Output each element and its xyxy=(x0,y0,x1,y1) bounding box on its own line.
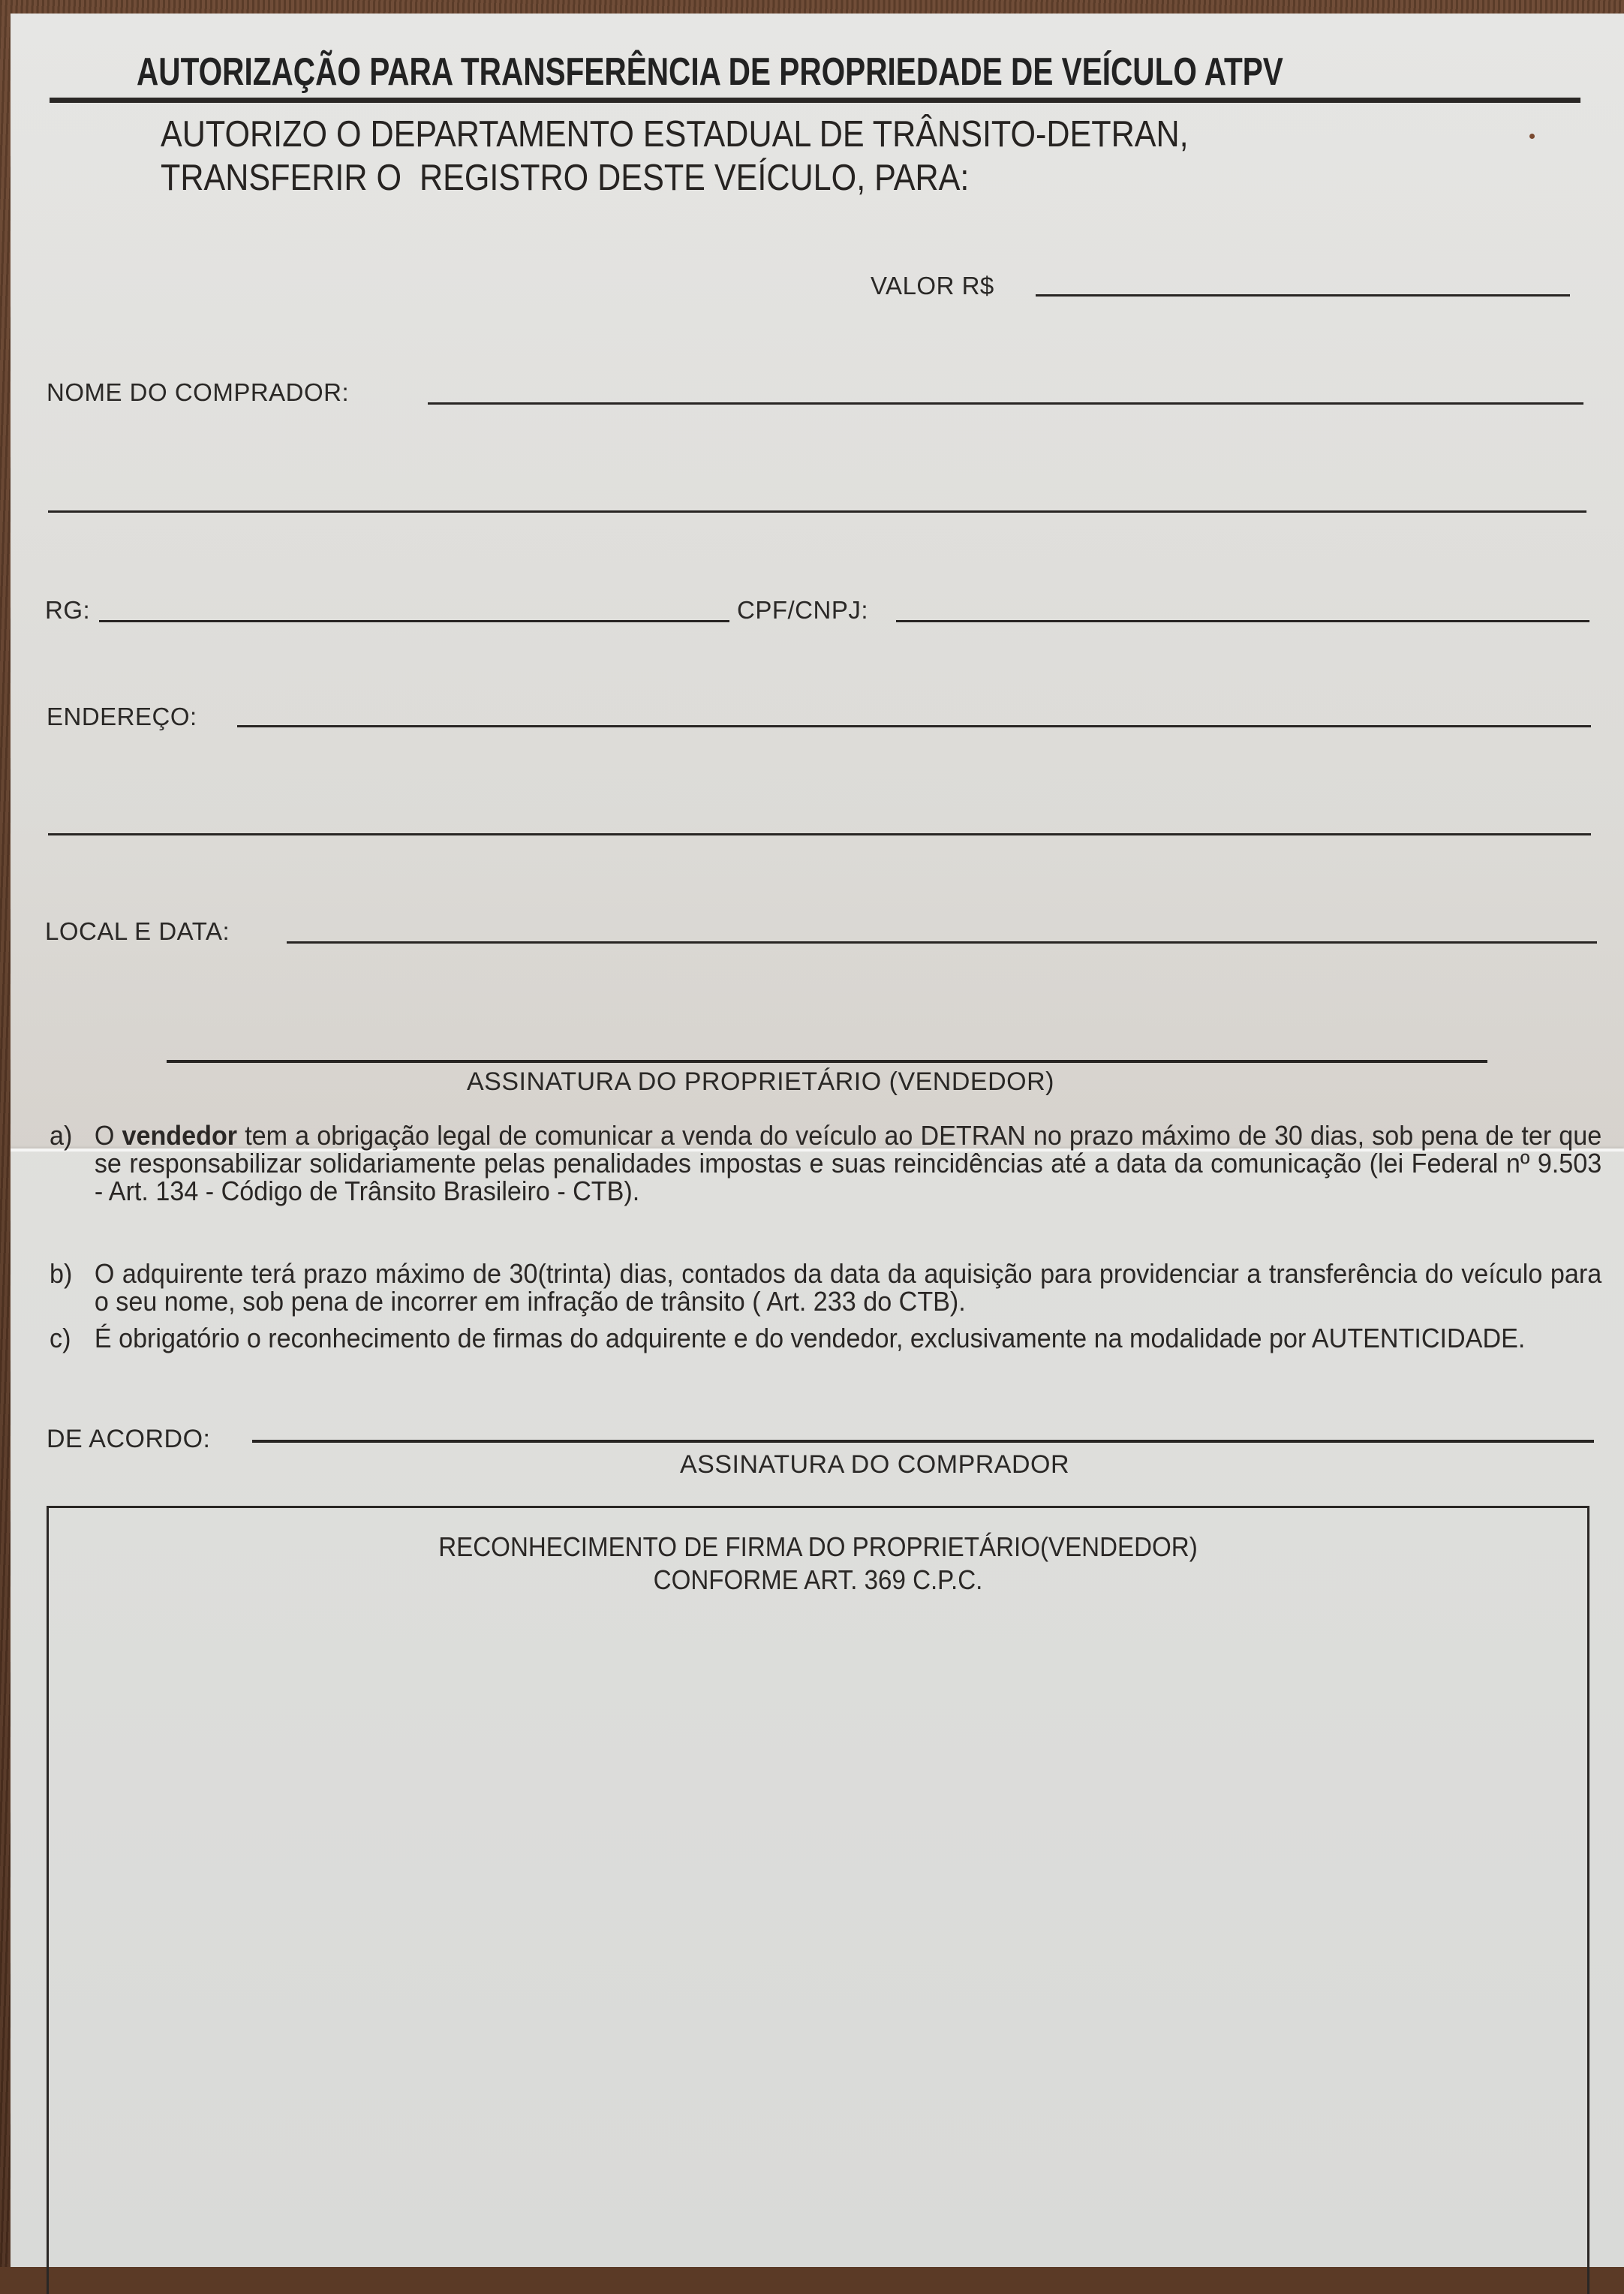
address-field[interactable] xyxy=(237,725,1591,727)
clause-a-text: O vendedor tem a obrigação legal de comu… xyxy=(95,1121,1601,1205)
address-continuation-field[interactable] xyxy=(48,833,1591,835)
buyer-signature-caption: ASSINATURA DO COMPRADOR xyxy=(680,1450,1069,1480)
rg-label: RG: xyxy=(45,596,90,625)
clause-a-marker: a) xyxy=(50,1121,72,1149)
valor-field[interactable] xyxy=(1036,294,1570,297)
clause-c: c) É obrigatório o reconhecimento de fir… xyxy=(50,1324,1506,1352)
buyer-agreement-label: DE ACORDO: xyxy=(47,1425,210,1454)
seller-signature-caption: ASSINATURA DO PROPRIETÁRIO (VENDEDOR) xyxy=(467,1067,1054,1097)
clause-a-lead: O xyxy=(95,1120,122,1151)
place-date-label: LOCAL E DATA: xyxy=(45,917,230,946)
intro-line-2: TRANSFERIR O REGISTRO DESTE VEÍCULO, PAR… xyxy=(161,156,1189,200)
seller-signature-line[interactable] xyxy=(167,1060,1487,1063)
notary-recognition-box[interactable]: RECONHECIMENTO DE FIRMA DO PROPRIETÁRIO(… xyxy=(47,1506,1589,2267)
buyer-name-label: NOME DO COMPRADOR: xyxy=(47,378,349,407)
notary-box-heading: RECONHECIMENTO DE FIRMA DO PROPRIETÁRIO(… xyxy=(110,1531,1526,1597)
cpf-cnpj-label: CPF/CNPJ: xyxy=(737,596,868,625)
atpv-form-paper: AUTORIZAÇÃO PARA TRANSFERÊNCIA DE PROPRI… xyxy=(11,14,1624,2267)
notary-box-line-2: CONFORME ART. 369 C.P.C. xyxy=(110,1564,1526,1597)
buyer-name-continuation-field[interactable] xyxy=(48,510,1586,513)
clause-a-body: tem a obrigação legal de comunicar a ven… xyxy=(95,1120,1601,1206)
intro-line-1: AUTORIZO O DEPARTAMENTO ESTADUAL DE TRÂN… xyxy=(161,113,1189,156)
rg-field[interactable] xyxy=(99,620,729,622)
clause-a: a) O vendedor tem a obrigação legal de c… xyxy=(50,1121,1506,1205)
clause-b-text: O adquirente terá prazo máximo de 30(tri… xyxy=(95,1260,1601,1315)
valor-label: VALOR R$ xyxy=(871,272,994,300)
clause-b-marker: b) xyxy=(50,1260,72,1287)
form-title: AUTORIZAÇÃO PARA TRANSFERÊNCIA DE PROPRI… xyxy=(137,50,1283,95)
clause-a-emphasis: vendedor xyxy=(122,1120,237,1151)
buyer-name-field[interactable] xyxy=(428,402,1583,405)
address-label: ENDEREÇO: xyxy=(47,703,197,731)
title-underline xyxy=(50,98,1580,103)
clause-c-text: É obrigatório o reconhecimento de firmas… xyxy=(95,1324,1601,1352)
ink-speck xyxy=(1529,134,1535,139)
buyer-signature-line[interactable] xyxy=(252,1440,1594,1443)
place-date-field[interactable] xyxy=(287,941,1597,944)
notary-box-line-1: RECONHECIMENTO DE FIRMA DO PROPRIETÁRIO(… xyxy=(110,1531,1526,1564)
clause-c-marker: c) xyxy=(50,1324,71,1352)
authorization-intro: AUTORIZO O DEPARTAMENTO ESTADUAL DE TRÂN… xyxy=(161,113,1189,200)
cpf-cnpj-field[interactable] xyxy=(896,620,1589,622)
clause-b: b) O adquirente terá prazo máximo de 30(… xyxy=(50,1260,1506,1315)
